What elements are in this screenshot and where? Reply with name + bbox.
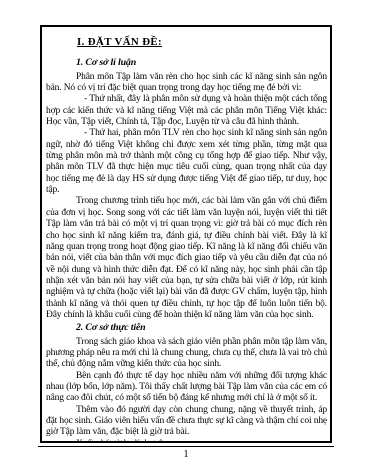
document-content: I. ĐẶT VẤN ĐỀ:1. Cơ sở lí luậnPhân môn T…	[46, 37, 327, 443]
paragraph: Trong sách giáo khoa và sách giáo viên p…	[46, 337, 327, 371]
paragraph: Thêm vào đó người dạy còn chung chung, n…	[46, 405, 327, 439]
subsection-heading: 2. Cơ sở thực tiễn	[46, 322, 327, 333]
page-border-underline	[38, 446, 334, 447]
paragraph: Trong chương trình tiểu học mới, các bài…	[46, 196, 327, 321]
section-heading: I. ĐẶT VẤN ĐỀ:	[77, 37, 327, 48]
paragraph: Phân môn Tập làm văn rèn cho học sinh cá…	[46, 72, 327, 95]
paragraph: - Thứ nhất, đây là phân môn sử dụng và h…	[46, 94, 327, 128]
document-page: I. ĐẶT VẤN ĐỀ:1. Cơ sở lí luậnPhân môn T…	[0, 0, 366, 473]
page-number: 1	[40, 448, 332, 461]
paragraph: - Thứ hai, phân môn TLV rèn cho học sinh…	[46, 128, 327, 196]
paragraph: Bên cạnh đó thực tế dạy học nhiều năm vớ…	[46, 371, 327, 405]
page-border: I. ĐẶT VẤN ĐỀ:1. Cơ sở lí luậnPhân môn T…	[40, 25, 332, 443]
paragraph: Xuất phát từ ba lí do trên:	[46, 439, 327, 443]
subsection-heading: 1. Cơ sở lí luận	[46, 57, 327, 68]
